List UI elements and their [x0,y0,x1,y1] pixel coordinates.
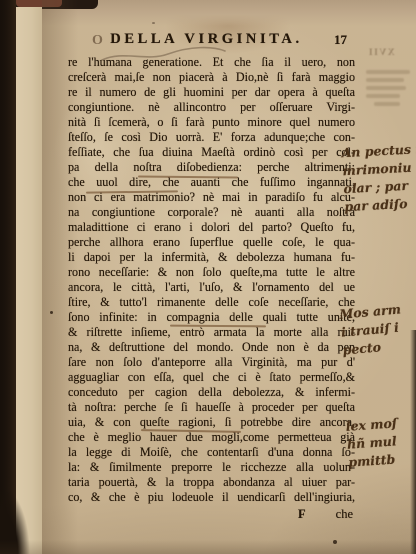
ink-speck [152,22,155,24]
ink-speck [50,311,53,314]
body-line: ſono infinite: in compagnia delle quali … [68,310,355,325]
signature-line: F che [68,507,355,522]
body-line: na congiuntione corporale? nè auanti all… [68,205,355,220]
body-line: taria pouertà, & la troppa abondanza al … [68,475,355,490]
body-line: & riſtrette inſieme, entrò armata la mor… [68,325,355,340]
body-line: la legge di Moiſè, che contentarſi d'una… [68,445,355,460]
body-line: ſtire, & tutto'l rimanente delle coſe ne… [68,295,355,310]
body-line: re il numero de gli huomini per dar oper… [68,85,355,100]
body-line: nità ſi ſcemerà, o ſi farà punto minore … [68,115,355,130]
body-line: re l'humana generatione. Et che ſia il u… [68,55,355,70]
page-right-edge-shadow [410,330,416,554]
body-line: ſare non ſolo d'anteporre alla Virginità… [68,355,355,370]
body-line: co, & che è piu lodeuole il uendicarſi d… [68,490,355,505]
signature-mark: F [298,507,306,522]
body-line: ſteſſo, ſe così Dio uorrà. E' forza adun… [68,130,355,145]
bleedthrough-text-lines [366,66,410,110]
body-line: pa della noſtra diſobedienza: perche alt… [68,160,355,175]
body-line: conceduto per cagion della debolezza, & … [68,385,355,400]
ink-speck [333,540,337,544]
page-number: 17 [334,32,347,48]
body-line: uia, & con queſte ragioni, ſi potrebbe d… [68,415,355,430]
body-line: maladittione ci erano i dolori del parto… [68,220,355,235]
book-page-photo: XVII O DELLA VIRGINITA. 17 re l'humana g… [0,0,416,554]
bottom-shadow [0,540,416,554]
marginal-note-lex: lex moſhñ mulpmittb [345,414,400,471]
body-line: agguagliar con eſſa, quel che ci è ſtato… [68,370,355,385]
body-line: ancora, le città, l'arti, l'uſo, & l'orn… [68,280,355,295]
body-line: rono neceſſarie: & non ſolo queſte,ma tu… [68,265,355,280]
body-line: na, & deſtruttione del mondo. Onde non è… [68,340,355,355]
bleedthrough-folio-numeral: XVII [352,48,410,58]
body-line: perche allhora erano ſuperflue quelle co… [68,235,355,250]
marginal-note-paradiso: An pectus rimrimoniuolar ; parpar adiſo [341,140,416,216]
body-line: feſſiate, che ſua diuina Maeſtà ordinò c… [68,145,355,160]
marginal-note-line: pmittb [348,450,401,472]
marginal-note-line: par adiſo [344,194,416,216]
body-line: tà noſtra: perche ſe ſi haueſſe à proced… [68,400,355,415]
body-line: la: & ſimilmente preporre le ricchezze a… [68,460,355,475]
catchword: che [336,507,353,522]
body-line: congiuntione. nè allincontro per oſſerua… [68,100,355,115]
body-text: re l'humana generatione. Et che ſia il u… [68,55,355,505]
body-line: li dapoi per la infermità, & debolezza h… [68,250,355,265]
body-line: creſcerà mai,ſe non piacerà à Dio,nè ſi … [68,70,355,85]
marginal-note-mos: Mos armi trauiſ ipecto [339,300,405,359]
